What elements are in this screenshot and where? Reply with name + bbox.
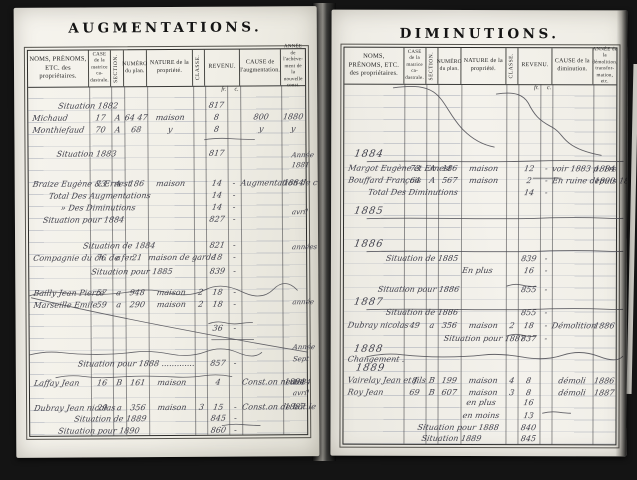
handwritten-name: Situation de 1885: [385, 254, 459, 264]
header-revenu: REVENU.: [205, 50, 240, 86]
handwritten-fr: 827: [205, 215, 229, 225]
handwritten-fr: 14: [205, 191, 229, 201]
margin-note: 1884: [292, 377, 311, 387]
handwritten-num: 161: [125, 378, 150, 388]
handwritten-name: Situation pour 1888: [417, 423, 500, 433]
margin-note: avril: [292, 388, 309, 398]
handwritten-cause: En ruine depuis 1883: [551, 176, 593, 186]
diminutions-table: NOMS, PRÉNOMS, ETC. des propriétaires. C…: [342, 47, 617, 446]
handwritten-nature: maison: [460, 376, 506, 386]
handwritten-nature: maison de garde: [148, 253, 195, 263]
handwritten-fr: 8: [205, 125, 229, 135]
handwritten-c: -: [228, 288, 242, 298]
handwritten-fr: 845: [207, 414, 231, 424]
handwritten-fr: 845: [517, 434, 540, 444]
revenu-unit-francs: fr.: [518, 85, 538, 91]
handwritten-name: 1886: [353, 240, 384, 250]
handwritten-case: 76: [89, 254, 113, 264]
handwritten-num: 948: [124, 288, 149, 298]
handwritten-fr: 8: [517, 376, 540, 386]
next-page-edge: [627, 64, 637, 394]
table-body: fr. c. Situation 1882817Michaud17A64 47m…: [28, 85, 307, 436]
page-diminutions: DIMINUTIONS. NOMS, PRÉNOMS, ETC. des pro…: [330, 10, 627, 457]
handwritten-annee: 1880: [281, 112, 306, 122]
handwritten-cause: Augmentation de c.on: [240, 178, 283, 188]
margin-note: Sept: [292, 355, 310, 365]
handwritten-name: 1884: [353, 150, 384, 160]
handwritten-name: Situation de 1886: [385, 308, 459, 318]
handwritten-c: -: [539, 254, 553, 264]
handwritten-fr: 837: [517, 334, 540, 344]
handwritten-nature: en plus: [458, 398, 504, 408]
handwritten-annee: 1887: [283, 403, 308, 413]
handwritten-sec: a: [112, 300, 126, 310]
handwritten-nature: maison: [460, 388, 506, 398]
handwritten-c: -: [539, 285, 553, 295]
handwritten-c: -: [539, 188, 553, 198]
handwritten-c: -: [228, 241, 242, 251]
handwritten-case: 69: [403, 388, 426, 398]
header-case: CASE de la matrice ca- dastrale.: [404, 48, 426, 84]
handwritten-cause: démoli: [551, 388, 593, 398]
handwritten-c: -: [229, 426, 243, 436]
page-title-diminutions: DIMINUTIONS.: [332, 26, 628, 43]
header-numero: NUMÉRO du plan.: [438, 48, 461, 84]
table-body: fr. c. 1884Margot Eugène et Ernest73A186…: [343, 84, 616, 445]
handwritten-name: 1887: [353, 298, 384, 308]
handwritten-name: Roy Jean: [347, 388, 384, 398]
handwritten-name: Laffay Jean: [33, 379, 80, 389]
handwritten-name: Total Des Augmentations: [48, 191, 151, 202]
handwritten-name: Situation de 1889: [74, 414, 148, 424]
handwritten-c: -: [228, 203, 242, 213]
handwritten-nature: en moins: [458, 411, 504, 421]
handwritten-fr: 18: [517, 321, 540, 331]
handwritten-fr: 855: [517, 285, 540, 295]
handwritten-fr: 4: [206, 378, 230, 388]
page-augmentations: AUGMENTATIONS. NOMS, PRÉNOMS, ETC. des p…: [14, 6, 320, 458]
augmentations-table: NOMS, PRÉNOMS, ETC. des propriétaires. C…: [27, 48, 308, 437]
header-nature: NATURE de la propriété.: [147, 50, 193, 86]
handwritten-fr: 16: [517, 398, 540, 408]
handwritten-c: -: [539, 308, 553, 318]
handwritten-annee: 1884: [281, 178, 306, 188]
handwritten-nature: maison: [148, 403, 195, 413]
handwritten-fr: 14: [205, 203, 229, 213]
table-header: NOMS, PRÉNOMS, ETC. des propriétaires. C…: [344, 48, 616, 86]
handwritten-c: -: [228, 266, 242, 276]
handwritten-annee: 1887: [592, 388, 617, 398]
handwritten-nature: maison: [148, 378, 195, 388]
header-nature: NATURE de la propriété.: [461, 48, 506, 84]
handwritten-nature: maison: [460, 164, 506, 174]
header-cause: CAUSE de la diminution.: [552, 48, 593, 84]
handwritten-fr: 840: [517, 423, 540, 433]
handwritten-num: 290: [124, 300, 149, 310]
handwritten-case: 29: [90, 404, 114, 414]
header-cause: CAUSE de l'augmentation.: [240, 49, 282, 85]
handwritten-sec: a: [112, 288, 126, 298]
handwritten-fr: 839: [517, 254, 540, 264]
handwritten-name: Situation pour 1887: [443, 334, 526, 344]
handwritten-fr: 857: [206, 359, 230, 369]
handwritten-c: -: [228, 253, 242, 263]
margin-note: Année: [291, 150, 315, 160]
handwritten-name: Michaud: [32, 114, 69, 124]
handwritten-nature: maison: [148, 300, 195, 310]
header-classe: CLASSE.: [506, 48, 518, 84]
header-annee: ANNÉE de la démolition, transfor- mation…: [593, 48, 616, 84]
handwritten-name: Marseille Emile: [33, 301, 98, 311]
handwritten-case: 49: [403, 321, 426, 331]
revenu-unit-francs: fr.: [205, 87, 226, 93]
handwritten-name: 1889: [355, 364, 386, 374]
header-case: CASE de la matrice ca- dastrale.: [89, 50, 111, 86]
handwritten-cause: Const.on neuve: [241, 377, 284, 387]
handwritten-c: -: [229, 414, 243, 424]
handwritten-num: 567: [437, 176, 462, 186]
handwritten-annee: 1890: [592, 176, 617, 186]
handwritten-case: 57: [90, 289, 114, 299]
handwritten-name: Situation 1883: [56, 149, 117, 159]
header-revenu: REVENU.: [518, 48, 552, 84]
handwritten-name: » Des Diminutions: [60, 203, 136, 213]
handwritten-sec: a: [111, 254, 125, 264]
handwritten-fr: 13: [517, 411, 540, 421]
handwritten-fr: 36: [206, 324, 230, 334]
margin-note: Année: [292, 342, 316, 352]
handwritten-nature: maison: [460, 321, 506, 331]
header-annee: ANNÉE de l'achève- ment de la nouvelle c…: [281, 49, 305, 85]
handwritten-fr: 15: [207, 403, 231, 413]
handwritten-name: Situation pour 1884: [42, 215, 125, 226]
handwritten-cause: 800: [239, 112, 282, 122]
handwritten-fr: 18: [206, 253, 230, 263]
revenu-unit-centimes: c.: [540, 85, 551, 91]
handwritten-c: -: [228, 215, 242, 225]
handwritten-name: 1885: [353, 207, 384, 217]
handwritten-case: 17: [88, 113, 112, 123]
margin-note: années: [291, 242, 318, 252]
handwritten-nature: maison: [147, 113, 194, 123]
handwritten-fr: 16: [517, 266, 540, 276]
handwritten-name: Situation pour 1888 .............: [77, 359, 195, 370]
handwritten-fr: 18: [206, 288, 230, 298]
handwritten-num: 186: [437, 164, 462, 174]
handwritten-fr: 12: [517, 164, 540, 174]
handwritten-nature: maison: [148, 288, 195, 298]
handwritten-num: 68: [123, 125, 148, 135]
revenu-unit-centimes: c.: [228, 87, 239, 93]
handwritten-sec: A: [111, 125, 125, 135]
handwritten-sec: A: [111, 179, 125, 189]
handwritten-c: -: [228, 300, 242, 310]
handwritten-name: Monthiefaud: [32, 125, 85, 135]
handwritten-cause: Const.on de bât.le: [241, 403, 284, 413]
handwritten-cause: y: [240, 124, 283, 134]
handwritten-num: 21: [124, 253, 149, 263]
handwritten-fr: 2: [517, 176, 540, 186]
handwritten-case: 59: [90, 301, 114, 311]
handwritten-fr: 14: [517, 188, 540, 198]
handwritten-name: Situation de 1884: [82, 241, 156, 251]
margin-note: 1881: [291, 160, 310, 170]
handwritten-nature: maison: [460, 176, 506, 186]
handwritten-num: 186: [124, 179, 149, 189]
handwritten-fr: 14: [205, 179, 229, 189]
handwritten-fr: 18: [206, 300, 230, 310]
handwritten-c: -: [539, 334, 553, 344]
handwritten-annee: y: [281, 124, 306, 134]
handwritten-case: 16: [90, 379, 114, 389]
handwritten-name: Dubray nicolas: [347, 321, 409, 331]
handwritten-case: 73: [89, 179, 113, 189]
header-classe: CLASSE.: [193, 50, 206, 86]
handwritten-fr: 817: [205, 149, 229, 159]
handwritten-sec: B: [112, 378, 126, 388]
handwritten-c: -: [539, 266, 553, 276]
handwritten-num: 356: [437, 321, 462, 331]
handwritten-num: 607: [437, 388, 462, 398]
header-numero: NUMÉRO du plan.: [123, 50, 147, 86]
table-header: NOMS, PRÉNOMS, ETC. des propriétaires. C…: [28, 49, 305, 88]
page-title-augmentations: AUGMENTATIONS.: [14, 19, 317, 37]
handwritten-c: -: [227, 191, 241, 201]
handwritten-fr: 860: [207, 426, 231, 436]
handwritten-case: 70: [89, 125, 113, 135]
handwritten-annee: 1884: [592, 164, 617, 174]
handwritten-fr: 839: [206, 266, 230, 276]
margin-note: année: [292, 297, 315, 307]
handwritten-name: Total Des Diminutions: [367, 188, 458, 198]
handwritten-name: Situation pour 1885: [91, 267, 174, 278]
handwritten-sec: a: [112, 404, 126, 414]
handwritten-name: Situation pour 1886: [377, 285, 460, 295]
handwritten-nature: En plus: [454, 266, 500, 276]
header-names: NOMS, PRÉNOMS, ETC. des propriétaires.: [344, 48, 404, 84]
handwritten-fr: 817: [205, 101, 229, 111]
handwritten-case: 73: [403, 164, 426, 174]
header-names: NOMS, PRÉNOMS, ETC. des propriétaires.: [28, 50, 89, 86]
handwritten-case: 64: [403, 176, 426, 186]
handwritten-num: 356: [125, 403, 150, 413]
handwritten-sec: A: [111, 113, 125, 123]
handwritten-cause: Démolition: [551, 321, 593, 331]
handwritten-num: 199: [437, 376, 462, 386]
handwritten-fr: 821: [206, 241, 230, 251]
handwritten-annee: 1886: [592, 376, 617, 386]
handwritten-c: -: [228, 324, 242, 334]
handwritten-fr: 8: [517, 388, 540, 398]
handwritten-cause: voir 1883 p. 1re: [551, 164, 593, 174]
margin-note: avril: [291, 207, 308, 217]
handwritten-nature: y: [147, 125, 194, 135]
handwritten-name: Situation 1882: [58, 101, 119, 111]
handwritten-cause: démoli: [551, 376, 593, 386]
handwritten-name: Situation 1889: [421, 434, 482, 444]
handwritten-fr: 8: [205, 113, 229, 123]
handwritten-num: 64 47: [123, 113, 148, 123]
handwritten-name: 1888: [353, 345, 384, 355]
handwritten-name: Situation pour 1890: [58, 426, 141, 437]
handwritten-annee: 1886: [592, 321, 617, 331]
handwritten-nature: maison: [147, 179, 194, 189]
handwritten-c: -: [228, 359, 242, 369]
handwritten-case: 8: [403, 376, 426, 386]
handwritten-fr: 855: [517, 308, 540, 318]
scanned-ledger: AUGMENTATIONS. NOMS, PRÉNOMS, ETC. des p…: [0, 0, 637, 480]
